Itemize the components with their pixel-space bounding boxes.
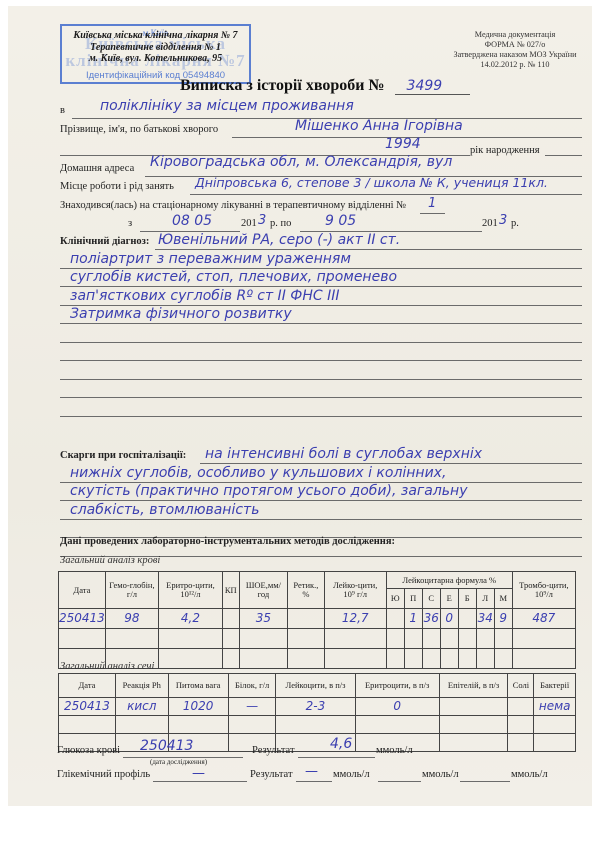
- glycemic-unit-1: ммоль/л: [333, 769, 370, 780]
- blood-header-cell: Ретик., %: [288, 572, 325, 609]
- from-date: 08 05: [172, 213, 212, 229]
- glycemic-label: Глікемічний профіль: [57, 769, 150, 780]
- blood-analysis-title: Загальний аналіз крові: [60, 555, 160, 566]
- from-label: з: [128, 218, 132, 229]
- to-label: в: [60, 105, 65, 116]
- glucose-result: 4,6: [330, 736, 352, 752]
- table-cell: [476, 629, 494, 649]
- form-header-line: Медична документація: [440, 30, 590, 40]
- to-year-prefix: 201: [482, 218, 498, 229]
- form-header-line: Затверджена наказом МОЗ України: [440, 50, 590, 60]
- urine-header-cell: Солі: [508, 674, 534, 698]
- glycemic-result-1: —: [305, 764, 318, 779]
- stay-label: Знаходився(лась) на стаціонарному лікува…: [60, 200, 406, 211]
- work-value: Дніпровська 6, степове 3 / школа № К, уч…: [195, 175, 548, 190]
- form-header-line: ФОРМА № 027/о: [440, 40, 590, 50]
- table-cell: [494, 649, 512, 669]
- work-label: Місце роботи і рід занять: [60, 181, 174, 192]
- blood-header-cell: Дата: [59, 572, 106, 609]
- urine-header-cell: Еритроцити, в п/з: [355, 674, 439, 698]
- blood-header-cell: Тромбо-цити, 10⁹/л: [512, 572, 575, 609]
- table-cell: [386, 609, 404, 629]
- table-cell: нема: [534, 698, 576, 716]
- blood-header-cell: Лейко-цити, 10⁹ г/л: [324, 572, 386, 609]
- table-cell: [355, 716, 439, 734]
- table-cell: 34: [476, 609, 494, 629]
- table-row: [59, 734, 576, 752]
- table-cell: [222, 629, 239, 649]
- urine-analysis-table: ДатаРеакція PhПитома вагаБілок, г/лЛейко…: [58, 673, 576, 752]
- table-cell: [404, 649, 422, 669]
- table-cell: [458, 649, 476, 669]
- table-cell: [386, 649, 404, 669]
- address-label: Домашня адреса: [60, 163, 134, 174]
- blood-formula-header: М: [494, 589, 512, 609]
- table-cell: [439, 734, 508, 752]
- to-date-label: р. по: [270, 218, 291, 229]
- table-cell: [440, 629, 458, 649]
- table-cell: 35: [239, 609, 287, 629]
- table-cell: [59, 629, 106, 649]
- table-cell: [508, 716, 534, 734]
- blood-header-cell: Гемо-глобін, г/л: [105, 572, 158, 609]
- table-cell: 487: [512, 609, 575, 629]
- handwritten-line: скутість (практично протягом усього доби…: [70, 483, 468, 499]
- from-year-prefix: 201: [241, 218, 257, 229]
- ruled-line: [60, 397, 582, 398]
- urine-header-cell: Лейкоцити, в п/з: [276, 674, 355, 698]
- ruled-line: [60, 342, 582, 343]
- table-cell: [228, 716, 276, 734]
- year-suffix: р.: [511, 218, 519, 229]
- table-cell: [508, 734, 534, 752]
- table-cell: [105, 629, 158, 649]
- table-cell: 250413: [59, 698, 116, 716]
- glucose-label: Глюкоза крові: [57, 745, 120, 756]
- table-cell: [439, 716, 508, 734]
- table-cell: [222, 609, 239, 629]
- table-row: [59, 716, 576, 734]
- birth-year-label: рік народження: [470, 145, 540, 156]
- to-value: поліклініку за місцем проживання: [100, 98, 354, 114]
- table-cell: [476, 649, 494, 669]
- table-cell: [288, 609, 325, 629]
- table-cell: 250413: [59, 609, 106, 629]
- urine-header-cell: Питома вага: [168, 674, 228, 698]
- table-cell: [159, 629, 223, 649]
- ruled-line: [60, 323, 582, 324]
- blood-formula-header: Б: [458, 589, 476, 609]
- table-cell: [239, 649, 287, 669]
- glycemic-unit-2: ммоль/л: [422, 769, 459, 780]
- table-cell: [440, 649, 458, 669]
- table-row: 250413кисл1020—2-30нема: [59, 698, 576, 716]
- handwritten-line: зап'ясткових суглобів Rº ст ІІ ФНС ІІІ: [70, 288, 339, 304]
- table-cell: [439, 698, 508, 716]
- title-label: Виписка з історії хвороби №: [180, 77, 385, 94]
- blood-formula-header: Л: [476, 589, 494, 609]
- table-cell: [115, 716, 168, 734]
- table-cell: [168, 716, 228, 734]
- glucose-unit: ммоль/л: [376, 745, 413, 756]
- hospital-department: Терапевтичне відділення № 1: [58, 42, 253, 54]
- table-cell: 0: [440, 609, 458, 629]
- name-label: Прізвище, ім'я, по батькові хворого: [60, 124, 218, 135]
- blood-formula-header: Е: [440, 589, 458, 609]
- table-cell: [288, 649, 325, 669]
- table-cell: [422, 629, 440, 649]
- table-cell: [494, 629, 512, 649]
- table-cell: [458, 609, 476, 629]
- table-cell: 9: [494, 609, 512, 629]
- table-cell: [239, 629, 287, 649]
- page-title: Виписка з історії хвороби № 3499: [180, 77, 470, 95]
- table-cell: [59, 716, 116, 734]
- form-header: Медична документація ФОРМА № 027/о Затве…: [440, 30, 590, 70]
- table-cell: [386, 629, 404, 649]
- table-cell: [534, 734, 576, 752]
- urine-header-cell: Реакція Ph: [115, 674, 168, 698]
- hospital-name: Київська міська клінічна лікарня № 7: [58, 30, 253, 42]
- table-cell: [276, 716, 355, 734]
- table-cell: 98: [105, 609, 158, 629]
- address-value: Кіровоградська обл, м. Олександрія, вул: [150, 154, 452, 170]
- table-cell: 0: [355, 698, 439, 716]
- urine-header-cell: Бактерії: [534, 674, 576, 698]
- table-cell: 2-3: [276, 698, 355, 716]
- ruled-line: [60, 416, 582, 417]
- handwritten-line: слабкість, втомлюваність: [70, 502, 259, 518]
- table-cell: [512, 649, 575, 669]
- blood-formula-header: П: [404, 589, 422, 609]
- ruled-line: [60, 519, 582, 520]
- glucose-result-label: Результат: [252, 745, 295, 756]
- birth-year-value: 1994: [385, 136, 421, 152]
- urine-header-cell: Епітелій, в п/з: [439, 674, 508, 698]
- handwritten-line: Ювенільний РА, серо (-) акт ІІ ст.: [158, 232, 400, 248]
- table-row: [59, 629, 576, 649]
- table-cell: [534, 716, 576, 734]
- diagnosis-label: Клінічний діагноз:: [60, 236, 149, 247]
- glucose-date-caption: (дата дослідження): [150, 758, 207, 766]
- to-date: 9 05: [325, 213, 356, 229]
- table-cell: [324, 649, 386, 669]
- blood-analysis-table: ДатаГемо-глобін, г/лЕритро-цити, 10¹²/лК…: [58, 571, 576, 669]
- complaints-label: Скарги при госпіталізації:: [60, 450, 186, 461]
- table-cell: [288, 629, 325, 649]
- urine-analysis-title: Загальний аналіз сечі: [60, 661, 154, 672]
- table-cell: [422, 649, 440, 669]
- table-cell: [512, 629, 575, 649]
- blood-header-cell: Лейкоцитарна формула %: [386, 572, 512, 589]
- name-value: Мішенко Анна Ігорівна: [295, 118, 463, 134]
- table-cell: [222, 649, 239, 669]
- table-cell: [458, 629, 476, 649]
- table-cell: 1: [404, 609, 422, 629]
- table-row: 250413984,23512,71360349487: [59, 609, 576, 629]
- glycemic-result-label: Результат: [250, 769, 293, 780]
- table-cell: 12,7: [324, 609, 386, 629]
- table-cell: 4,2: [159, 609, 223, 629]
- blood-header-cell: Еритро-цити, 10¹²/л: [159, 572, 223, 609]
- table-cell: кисл: [115, 698, 168, 716]
- lab-heading: Дані проведених лабораторно-інструментал…: [60, 536, 395, 547]
- ruled-line: [60, 360, 582, 361]
- blood-formula-header: Ю: [386, 589, 404, 609]
- handwritten-line: Затримка фізичного розвитку: [70, 306, 292, 322]
- ruled-line: [60, 379, 582, 380]
- table-cell: [159, 649, 223, 669]
- table-cell: [508, 698, 534, 716]
- from-year-digit: 3: [258, 213, 266, 228]
- table-cell: 36: [422, 609, 440, 629]
- urine-header-cell: Білок, г/л: [228, 674, 276, 698]
- glycemic-unit-3: ммоль/л: [511, 769, 548, 780]
- handwritten-line: поліартрит з переважним ураженням: [70, 251, 351, 267]
- handwritten-line: суглобів кистей, стоп, плечових, промене…: [70, 269, 397, 285]
- record-number: 3499: [407, 78, 443, 94]
- handwritten-line: нижніх суглобів, особливо у кульшових і …: [70, 465, 446, 481]
- stay-department: 1: [428, 196, 436, 211]
- glycemic-value: —: [192, 766, 205, 781]
- blood-header-cell: КП: [222, 572, 239, 609]
- table-cell: [324, 629, 386, 649]
- to-year-digit: 3: [499, 213, 507, 228]
- handwritten-line: на інтенсивні болі в суглобах верхніх: [205, 446, 482, 462]
- table-cell: —: [228, 698, 276, 716]
- form-header-line: 14.02.2012 р. № 110: [440, 60, 590, 70]
- blood-formula-header: С: [422, 589, 440, 609]
- hospital-address: м. Київ, вул. Котельникова, 95: [58, 53, 253, 65]
- urine-header-cell: Дата: [59, 674, 116, 698]
- table-cell: 1020: [168, 698, 228, 716]
- glucose-date: 250413: [140, 738, 193, 754]
- table-cell: [404, 629, 422, 649]
- hospital-info: Київська міська клінічна лікарня № 7 Тер…: [58, 30, 253, 65]
- blood-header-cell: ШОЕ,мм/год: [239, 572, 287, 609]
